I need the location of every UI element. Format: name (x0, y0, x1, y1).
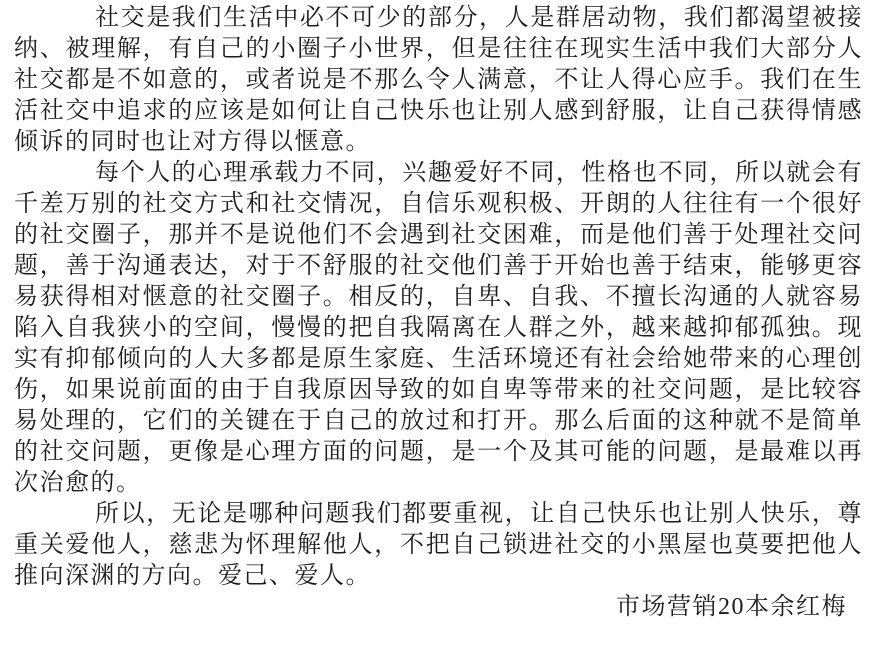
author-signature: 市场营销20本余红梅 (14, 592, 863, 623)
essay-body: 社交是我们生活中必不可少的部分，人是群居动物，我们都渴望被接纳、被理解，有自己的… (0, 0, 876, 623)
paragraph-intro: 社交是我们生活中必不可少的部分，人是群居动物，我们都渴望被接纳、被理解，有自己的… (14, 3, 863, 158)
document-page: 社交是我们生活中必不可少的部分，人是群居动物，我们都渴望被接纳、被理解，有自己的… (0, 0, 876, 668)
paragraph-conclusion: 所以，无论是哪种问题我们都要重视，让自己快乐也让别人快乐，尊重关爱他人，慈悲为怀… (14, 499, 863, 592)
paragraph-analysis: 每个人的心理承载力不同，兴趣爱好不同，性格也不同，所以就会有千差万别的社交方式和… (14, 158, 863, 499)
